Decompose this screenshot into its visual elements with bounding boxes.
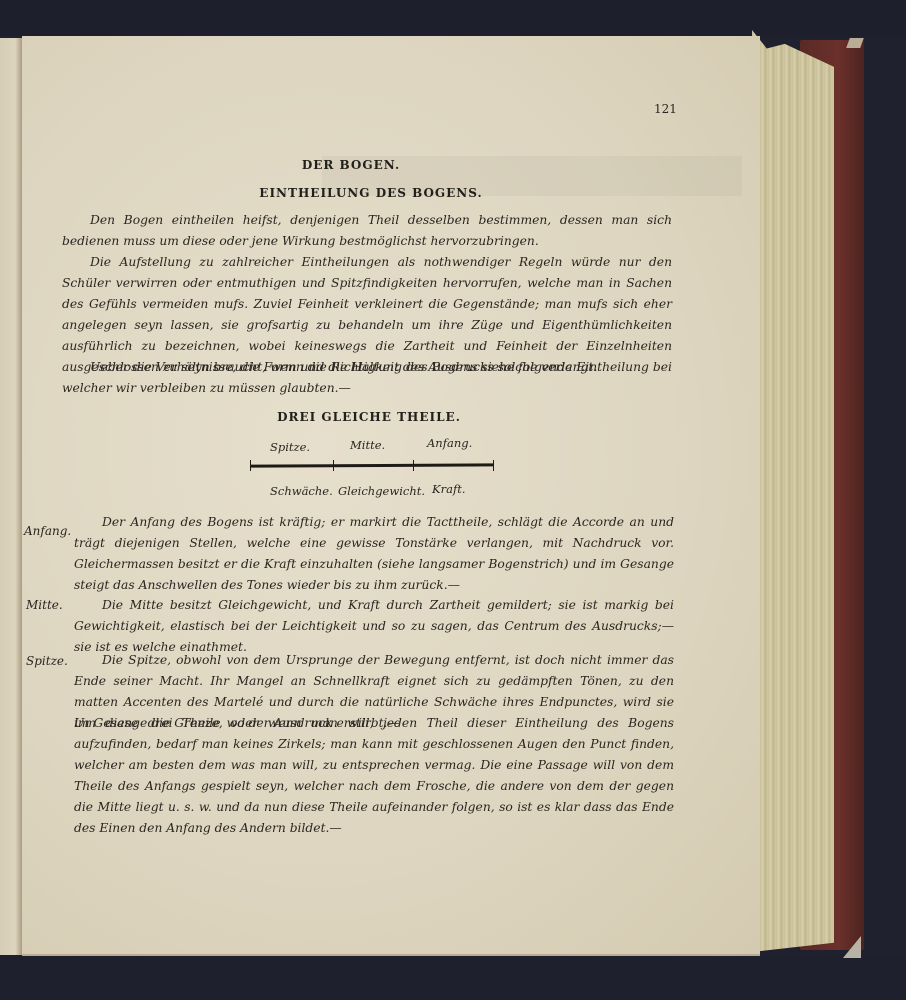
diagram-label-kraft: Kraft. [432, 482, 465, 496]
margin-label-mitte: Mitte. [26, 598, 63, 612]
diagram-label-schwaeche: Schwäche. [270, 484, 333, 498]
margin-label-anfang: Anfang. [24, 524, 71, 538]
diagram-label-mitte: Mitte. [350, 438, 385, 452]
tick-mark [493, 460, 494, 471]
diagram-label-anfang: Anfang. [427, 436, 472, 450]
tick-mark [333, 460, 334, 471]
bow-line [250, 463, 494, 467]
paragraph: Ueber die Verhältnisse, die Form und die… [62, 357, 672, 399]
page-title: DER BOGEN. [0, 158, 720, 172]
diagram-label-gleichgewicht: Gleichgewicht. [338, 484, 425, 498]
backdrop [0, 0, 906, 36]
tick-mark [250, 460, 251, 471]
book-page: 121 DER BOGEN. EINTHEILUNG DES BOGENS. D… [22, 36, 760, 956]
backdrop [0, 955, 906, 1000]
section-anfang: Der Anfang des Bogens ist kräftig; er ma… [74, 512, 674, 596]
page-number: 121 [654, 102, 677, 116]
section-mitte: Die Mitte besitzt Gleichgewicht, und Kra… [74, 595, 674, 658]
tick-mark [413, 460, 414, 471]
paragraph: Den Bogen eintheilen heifst, denjenigen … [62, 210, 672, 252]
page-stack-edge [752, 30, 834, 952]
page-subtitle: EINTHEILUNG DES BOGENS. [2, 186, 740, 200]
margin-label-spitze: Spitze. [26, 654, 68, 668]
section-title: DREI GLEICHE THEILE. [0, 410, 738, 424]
closing-paragraph: Um diese drei Theile oder wenn man will,… [74, 713, 674, 839]
diagram-label-spitze: Spitze. [270, 440, 310, 454]
facing-page-edge [0, 38, 23, 955]
